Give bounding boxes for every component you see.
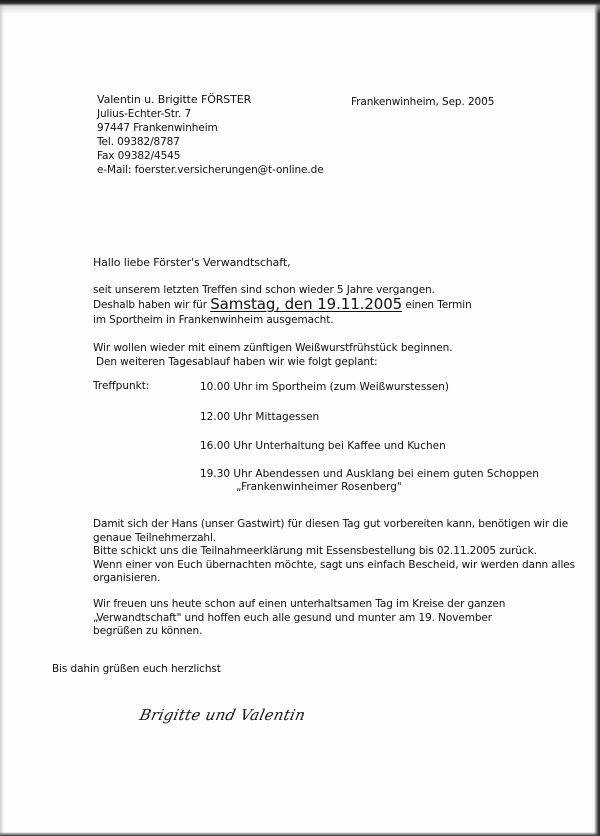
sender-phone: Tel. 09382/8787 (97, 135, 324, 149)
farewell: Bis dahin grüßen euch herzlichst (52, 662, 221, 676)
sender-name: Valentin u. Brigitte FÖRSTER (97, 93, 324, 107)
closing-line-3: begrüßen zu können. (93, 624, 505, 638)
schedule-wine: „Frankenwinheimer Rosenberg" (236, 481, 402, 493)
sender-address-block: Valentin u. Brigitte FÖRSTER Julius-Echt… (97, 93, 324, 177)
sender-fax: Fax 09382/4545 (97, 149, 324, 163)
greeting: Hallo liebe Förster's Verwandtschaft, (93, 256, 291, 270)
details-line-2: genaue Teilnehmerzahl. (93, 531, 575, 545)
details-line-1: Damit sich der Hans (unser Gastwirt) für… (93, 517, 575, 531)
sender-email: e-Mail: foerster.versicherungen@t-online… (97, 163, 324, 177)
schedule-item: 19.30 Uhr Abendessen und Ausklang bei ei… (200, 468, 539, 480)
sender-street: Julius-Echter-Str. 7 (97, 107, 324, 121)
schedule-item: 10.00 Uhr im Sportheim (zum Weißwurstess… (200, 381, 449, 393)
details-line-4: Wenn einer von Euch übernachten möchte, … (93, 558, 575, 572)
sender-city: 97447 Frankenwinheim (97, 121, 324, 135)
intro-paragraph: seit unserem letzten Treffen sind schon … (93, 283, 472, 326)
details-line-3: Bitte schickt uns die Teilnahmeerklärung… (93, 544, 575, 558)
place-date: Frankenwinheim, Sep. 2005 (351, 95, 494, 109)
details-paragraph: Damit sich der Hans (unser Gastwirt) für… (93, 517, 575, 585)
intro-line-2-start: Deshalb haben wir für (93, 299, 210, 311)
intro-line-2: Deshalb haben wir für Samstag, den 19.11… (93, 297, 472, 313)
details-line-5: organisieren. (93, 571, 575, 585)
closing-line-1: Wir freuen uns heute schon auf einen unt… (93, 597, 505, 611)
closing-line-2: „Verwandtschaft" und hoffen euch alle ge… (93, 611, 505, 625)
intro-line-3: im Sportheim in Frankenwinheim ausgemach… (93, 313, 472, 327)
schedule-item: 12.00 Uhr Mittagessen (200, 411, 319, 423)
intro-line-2-end: einen Termin (402, 299, 472, 311)
plan-intro-paragraph: Wir wollen wieder mit einem zünftigen We… (93, 341, 452, 368)
closing-paragraph: Wir freuen uns heute schon auf einen unt… (93, 597, 505, 638)
schedule-label: Treffpunkt: (93, 380, 149, 392)
signature: Brigitte und Valentin (138, 706, 307, 724)
plan-intro-line-2: Den weiteren Tagesablauf haben wir wie f… (93, 355, 452, 369)
schedule-item: 16.00 Uhr Unterhaltung bei Kaffee und Ku… (200, 440, 446, 452)
event-date: Samstag, den 19.11.2005 (210, 295, 402, 313)
plan-intro-line-1: Wir wollen wieder mit einem zünftigen We… (93, 341, 452, 355)
